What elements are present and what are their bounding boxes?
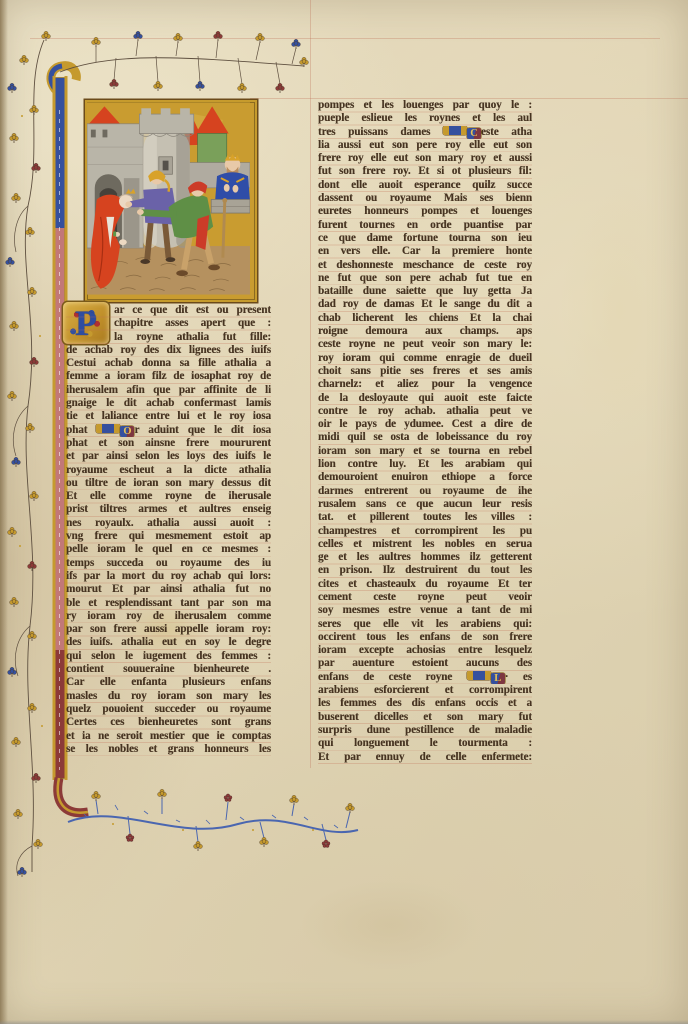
miniature-death-of-athaliah xyxy=(85,100,257,302)
text-line: oir le pays de ydumee. Cest a dire de xyxy=(318,418,532,431)
text-line: contient souueraine bienheurete . xyxy=(66,663,271,676)
champ-initial: C xyxy=(467,128,481,139)
text-line: vng frere qui mesmement estoit ap xyxy=(66,530,271,543)
text-line: lion contre luy. Et les arabiam qui xyxy=(318,458,532,471)
text-line: iherusalem afin que par affinite de li xyxy=(66,384,271,397)
text-line: en prison. Ilz destruirent du tout les xyxy=(318,564,532,577)
text-line: Et par ennuy de celle enfermete: xyxy=(318,751,532,764)
green-bracelet xyxy=(113,231,116,236)
photo-edge xyxy=(0,1020,688,1024)
text-line: fut son frere roy. Et si ot plusieurs fi… xyxy=(318,165,532,178)
line-filler xyxy=(96,424,120,433)
ruling-line-horizontal xyxy=(30,38,660,39)
text-line: Car elle enfanta plusieurs enfans xyxy=(66,676,271,689)
text-line: de achab roy des dix lignees des iuifs xyxy=(66,344,271,357)
text-line: phat et son ainsne frere moururent xyxy=(66,437,271,450)
text-line: contre le roy achab. athalia peut ve xyxy=(318,405,532,418)
text-line: roy ioram qui comme enragie de dueil xyxy=(318,352,532,365)
champ-initial: O xyxy=(120,426,134,437)
manuscript-page: P ar ce que dit est ou presentchapitre a… xyxy=(0,0,688,1024)
text-line: quelz pouoient succeder ou royaume xyxy=(66,703,271,716)
text-line: cites et chasteaulx du royaume Et ter xyxy=(318,578,532,591)
bar-bottom-terminal xyxy=(58,778,88,813)
parchment-stain xyxy=(300,880,480,970)
text-line: Cestui achab donna sa fille athalia a xyxy=(66,357,271,370)
text-line: cement ceste royne peut veoir xyxy=(318,591,532,604)
text-line: tat. et pillerent toutes les villes : xyxy=(318,511,532,524)
text-line: dont elle auoit esperance quilz succe xyxy=(318,179,532,192)
champ-initial: L xyxy=(491,673,505,684)
ivy-border-bottom xyxy=(58,780,368,884)
text-line: par auenture estoient aucuns des xyxy=(318,657,532,670)
text-column-left: ar ce que dit est ou presentchapitre ass… xyxy=(66,304,271,756)
text-line: ioram excepte achosias entre lesquelz xyxy=(318,644,532,657)
text-line: Certes ces bienheuretes sont grans xyxy=(66,716,271,729)
ivy-border-left xyxy=(2,26,60,882)
text-line: ioram son mary et se tourna en rebel xyxy=(318,445,532,458)
text-line: arabiens esforcierent et corrompirent xyxy=(318,684,532,697)
king-robe xyxy=(215,172,250,201)
text-line: enfans de ceste royne L· es xyxy=(318,671,532,684)
parchment-stain xyxy=(560,180,680,440)
text-line: et deshonneste meschance de ceste roy xyxy=(318,259,532,272)
text-line: celles et mistrent les nobles en serua xyxy=(318,538,532,551)
text-line: qui longuement le tourmenta : xyxy=(318,737,532,750)
text-line: surpris dune pestillence de maladie xyxy=(318,724,532,737)
line-filler xyxy=(443,126,467,135)
line-filler xyxy=(467,671,491,680)
text-line: gnaige le dit achab confermast lamis xyxy=(66,397,271,410)
text-line: masles du roy ioram son mary les xyxy=(66,690,271,703)
text-line: lia aussi eut son pere roy elle eut son xyxy=(318,139,532,152)
text-line: se les nobles et grans honneurs les xyxy=(66,743,271,756)
text-line: dad roy de damas Et le sange du dit a xyxy=(318,298,532,311)
text-line: rusalem sans ce que aucun leur resis xyxy=(318,498,532,511)
text-line: ne fut que son pere achab fut tue en xyxy=(318,272,532,285)
text-line: choit sans pitie ses freres et ses amis xyxy=(318,365,532,378)
text-line: ce que dame fortune tourna son ieu xyxy=(318,232,532,245)
text-line: des iuifs. athalia eut en soy le degre xyxy=(66,636,271,649)
bar-shaft xyxy=(54,78,65,778)
text-line: par son frere aussi appelle ioram roy: xyxy=(66,623,271,636)
text-line: chab licherent les chiens Et la chai xyxy=(318,312,532,325)
bar-top-terminal-gold xyxy=(51,66,76,92)
ivy-border-top xyxy=(56,28,310,104)
text-line: qui selon le iugement des femmes : xyxy=(66,650,271,663)
bar-top-terminal-blue xyxy=(51,66,62,92)
text-line: furent tournes en orde puantise par xyxy=(318,219,532,232)
text-line: femme a ioram filz de iosaphat roy de xyxy=(66,370,271,383)
staff xyxy=(223,201,225,257)
text-column-right: pompes et les louenges par quoy le :puep… xyxy=(318,99,532,764)
text-line: buserent dicelles et son mary fut xyxy=(318,711,532,724)
text-line: pompes et les louenges par quoy le : xyxy=(318,99,532,112)
text-line: seres que elle vit les arabiens qui: xyxy=(318,618,532,631)
text-line: midi quil se osta de lobeissance du roy xyxy=(318,431,532,444)
text-line: bataille dune saiette que luy getta Ja xyxy=(318,285,532,298)
text-line: les femmes des dis enfans occis et a xyxy=(318,697,532,710)
text-line: pueple eslieue les roynes et les aul xyxy=(318,112,532,125)
text-line: frere roy elle eut son mary roy et aussi xyxy=(318,152,532,165)
text-line: Et elle comme royne de iherusale xyxy=(66,490,271,503)
text-line: tie et laliance entre lui et le roy iosa xyxy=(66,410,271,423)
text-line: ge et les aultres hommes ilz getterent xyxy=(318,551,532,564)
text-line: en vers elle. Car la premiere honte xyxy=(318,245,532,258)
text-line: de la desloyaute qui auoit este faicte xyxy=(318,392,532,405)
text-line: darmes entrerent ou royaume de ihe xyxy=(318,485,532,498)
text-line: chapitre asses apert que : xyxy=(114,317,271,330)
text-line: dassent ou royaume Mais ses bienn xyxy=(318,192,532,205)
text-line: demouroient enuiron ethiope a force xyxy=(318,471,532,484)
green-tower xyxy=(198,133,227,164)
text-line: et par ainsi selon les loys des iuifs le xyxy=(66,450,271,463)
text-line: soy mesmes estre venue a tant de mi xyxy=(318,604,532,617)
text-line: ry ioram roy de iherusalem comme xyxy=(66,610,271,623)
binding-edge-shadow xyxy=(0,0,8,1024)
text-line: royaume escheut a la dicte athalia xyxy=(66,464,271,477)
text-line: ceste royne ne peut veoir son mary le: xyxy=(318,338,532,351)
text-line: occirent tous les enfans de son frere xyxy=(318,631,532,644)
ruling-line-vertical xyxy=(310,0,311,768)
text-line: mourut Et par ainsi athalia fut no xyxy=(66,583,271,596)
text-line: ble et resplendissant tant par son ma xyxy=(66,597,271,610)
text-line: temps succeda ou royaume des iu xyxy=(66,557,271,570)
text-line: roigne demoura aux champs. aps xyxy=(318,325,532,338)
text-line: tres puissans dames Ceste atha xyxy=(318,126,532,139)
text-line: et ia ne seroit mestier que ie comptas xyxy=(66,730,271,743)
text-line: ifs par la mort du roy achab qui lors: xyxy=(66,570,271,583)
text-line: ou tiltre de ioran son mary dessus dit xyxy=(66,477,271,490)
text-line: la royne athalia fut fille: xyxy=(114,331,271,344)
text-line: euretes honneurs pompes et louenges xyxy=(318,205,532,218)
text-line: champestres et corrompirent les pu xyxy=(318,525,532,538)
text-line: ar ce que dit est ou present xyxy=(114,304,271,317)
text-line: nes royaulx. athalia aussi auoit : xyxy=(66,517,271,530)
text-line: prist tiltres armes et aultres enseig xyxy=(66,503,271,516)
text-line: phat Or aduint que le dit iosa xyxy=(66,424,271,437)
text-line: pelle ioram le quel en ce mesmes : xyxy=(66,543,271,556)
text-line: charnelz: et aliez pour la vengence xyxy=(318,378,532,391)
